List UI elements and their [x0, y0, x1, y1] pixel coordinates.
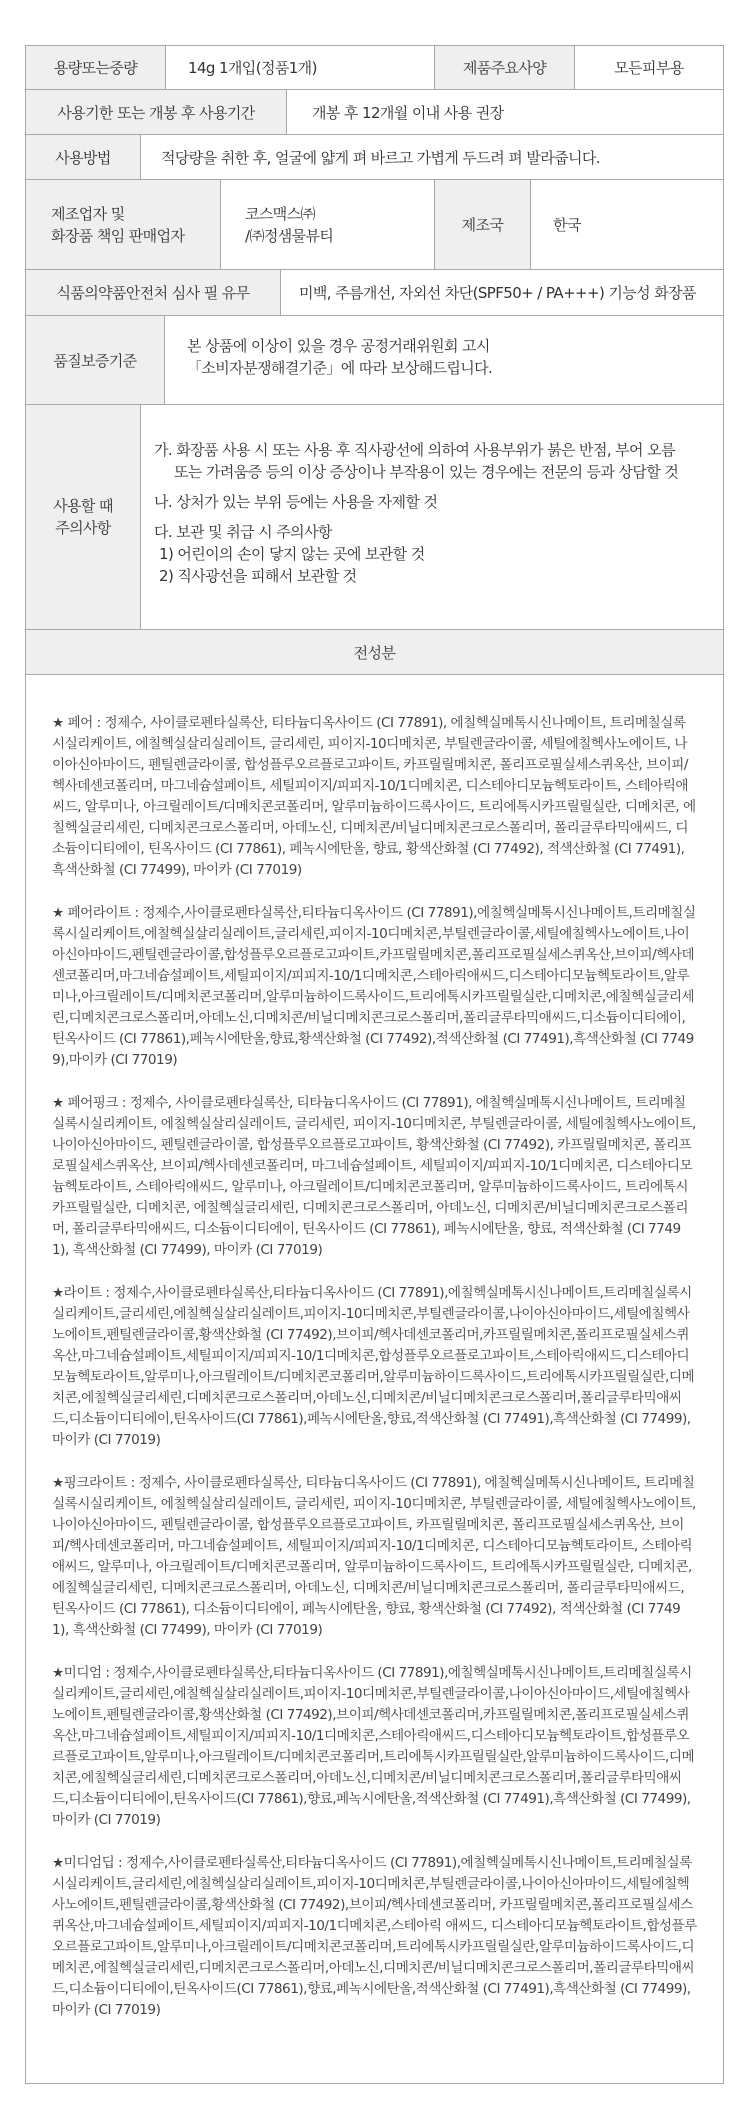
capacity-label: 용량또는중량	[26, 46, 166, 89]
ingredient-entry-pair-pink: ★ 페어핑크 : 정제수, 사이클로펜타실록산, 티타늄디옥사이드 (CI 77…	[52, 1093, 697, 1261]
row-quality: 품질보증기준 본 상품에 이상이 있을 경우 공정거래위원회 고시 「소비자분쟁…	[26, 316, 723, 405]
mfds-label: 식품의약품안전처 심사 필 유무	[26, 270, 281, 315]
ingredient-entry-pair-light: ★ 페어라이트 : 정제수,사이클로펜타실록산,티타늄디옥사이드 (CI 778…	[52, 903, 697, 1071]
manufacturer-label-line1: 제조업자 및	[51, 203, 184, 225]
ingredient-entry-pink-light: ★핑크라이트 : 정제수, 사이클로펜타실록산, 티타늄디옥사이드 (CI 77…	[52, 1473, 697, 1641]
country-value: 한국	[531, 180, 723, 269]
manufacturer-value: 코스맥스㈜ /㈜정샘물뷰티	[221, 180, 435, 269]
quality-label: 품질보증기준	[26, 316, 165, 404]
ingredients-list: ★ 페어 : 정제수, 사이클로펜타실록산, 티타늄디옥사이드 (CI 7789…	[26, 675, 723, 2043]
caution-item-c: 다. 보관 및 취급 시 주의사항	[154, 521, 723, 543]
caution-value: 가. 화장품 사용 시 또는 사용 후 직사광선에 의하여 사용부위가 붉은 반…	[141, 405, 723, 629]
row-mfds: 식품의약품안전처 심사 필 유무 미백, 주름개선, 자외선 차단(SPF50+…	[26, 270, 723, 316]
manufacturer-label-line2: 화장품 책임 판매업자	[51, 225, 184, 247]
quality-value: 본 상품에 이상이 있을 경우 공정거래위원회 고시 「소비자분쟁해결기준」에 …	[165, 316, 723, 404]
manufacturer-value-line1: 코스맥스㈜	[245, 203, 333, 225]
caution-item-a-line1: 가. 화장품 사용 시 또는 사용 후 직사광선에 의하여 사용부위가 붉은 반…	[154, 439, 723, 461]
manufacturer-value-line2: /㈜정샘물뷰티	[245, 225, 333, 247]
expiry-label: 사용기한 또는 개봉 후 사용기간	[26, 90, 287, 134]
capacity-value: 14g 1개입(정품1개)	[166, 46, 435, 89]
caution-label-line2: 주의사항	[53, 517, 113, 539]
quality-value-line1: 본 상품에 이상이 있을 경우 공정거래위원회 고시	[187, 335, 492, 357]
ingredients-title: 전성분	[26, 630, 723, 674]
main-spec-label: 제품주요사양	[434, 46, 575, 89]
manufacturer-label: 제조업자 및 화장품 책임 판매업자	[26, 180, 221, 269]
usage-value: 적당량을 취한 후, 얼굴에 얇게 펴 바르고 가볍게 두드려 펴 발라줍니다.	[141, 135, 723, 179]
caution-item-a-line2: 또는 가려움증 등의 이상 증상이나 부작용이 있는 경우에는 전문의 등과 상…	[154, 461, 723, 483]
caution-item-c1: 1) 어린이의 손이 닿지 않는 곳에 보관할 것	[154, 543, 723, 565]
country-label: 제조국	[434, 180, 531, 269]
ingredient-entry-pair: ★ 페어 : 정제수, 사이클로펜타실록산, 티타늄디옥사이드 (CI 7789…	[52, 713, 697, 881]
ingredient-entry-light: ★라이트 : 정제수,사이클로펜타실록산,티타늄디옥사이드 (CI 77891)…	[52, 1283, 697, 1451]
row-usage: 사용방법 적당량을 취한 후, 얼굴에 얇게 펴 바르고 가볍게 두드려 펴 발…	[26, 135, 723, 180]
usage-label: 사용방법	[26, 135, 141, 179]
caution-label: 사용할 때 주의사항	[26, 405, 141, 629]
product-info-table: 용량또는중량 14g 1개입(정품1개) 제품주요사양 모든피부용 사용기한 또…	[25, 45, 724, 2084]
ingredient-entry-medium-deep: ★미디엄딥 : 정제수,사이클로펜타실록산,티타늄디옥사이드 (CI 77891…	[52, 1853, 697, 2021]
caution-label-line1: 사용할 때	[53, 495, 113, 517]
quality-value-line2: 「소비자분쟁해결기준」에 따라 보상해드립니다.	[187, 357, 492, 379]
caution-item-b: 나. 상처가 있는 부위 등에는 사용을 자제할 것	[154, 491, 723, 513]
row-capacity: 용량또는중량 14g 1개입(정품1개) 제품주요사양 모든피부용	[26, 46, 723, 90]
row-caution: 사용할 때 주의사항 가. 화장품 사용 시 또는 사용 후 직사광선에 의하여…	[26, 405, 723, 630]
row-expiry: 사용기한 또는 개봉 후 사용기간 개봉 후 12개월 이내 사용 권장	[26, 90, 723, 135]
caution-item-c2: 2) 직사광선을 피해서 보관할 것	[154, 565, 723, 587]
row-ingredients-header: 전성분	[26, 630, 723, 675]
row-manufacturer: 제조업자 및 화장품 책임 판매업자 코스맥스㈜ /㈜정샘물뷰티 제조국 한국	[26, 180, 723, 270]
ingredient-entry-medium: ★미디엄 : 정제수,사이클로펜타실록산,티타늄디옥사이드 (CI 77891)…	[52, 1663, 697, 1831]
expiry-value: 개봉 후 12개월 이내 사용 권장	[287, 90, 723, 134]
mfds-value: 미백, 주름개선, 자외선 차단(SPF50+ / PA+++) 기능성 화장품	[281, 270, 723, 315]
main-spec-value: 모든피부용	[575, 46, 723, 89]
